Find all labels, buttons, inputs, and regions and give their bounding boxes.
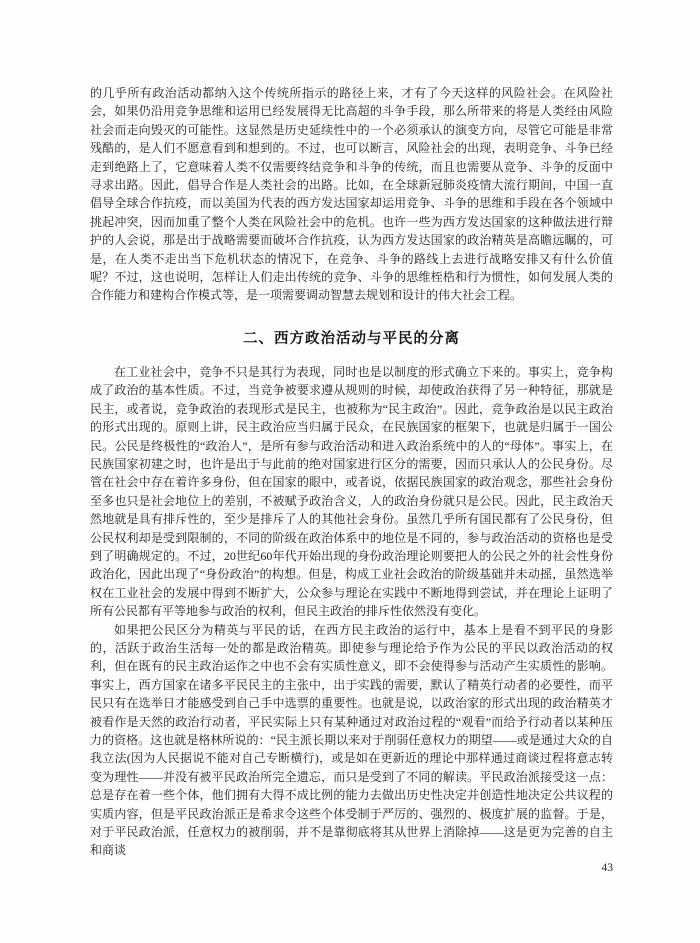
section-heading: 二、西方政治活动与平民的分离: [90, 327, 613, 348]
page-body: 的几乎所有政治活动都纳入这个传统所指示的路径上来，才有了今天这样的风险社会。在风…: [90, 84, 613, 860]
book-page: 的几乎所有政治活动都纳入这个传统所指示的路径上来，才有了今天这样的风险社会。在风…: [0, 0, 700, 943]
paragraph-continued-from-previous-page: 的几乎所有政治活动都纳入这个传统所指示的路径上来，才有了今天这样的风险社会。在风…: [90, 84, 613, 305]
paragraph: 在工业社会中，竞争不只是其行为表现，同时也是以制度的形式确立下来的。事实上，竞争…: [90, 363, 613, 621]
page-number: 43: [90, 862, 613, 874]
paragraph: 如果把公民区分为精英与平民的话，在西方民主政治的运行中，基本上是看不到平民的身影…: [90, 621, 613, 860]
